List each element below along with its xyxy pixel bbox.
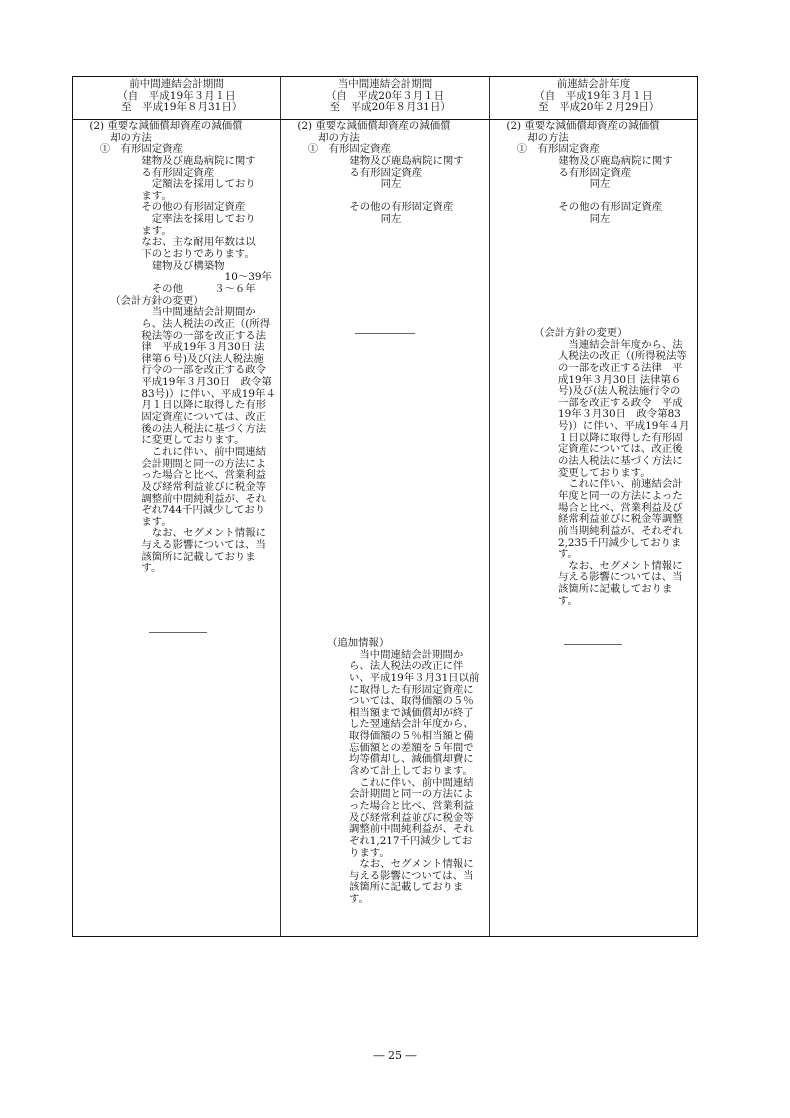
- policy-change-heading: （会計方針の変更）: [490, 328, 697, 340]
- text-line: (2) 重要な減価償却資産の減価償: [490, 121, 697, 133]
- header-title: 前連結会計年度: [490, 79, 697, 91]
- header-title: 前中間連結会計期間: [73, 79, 280, 91]
- text-line: 該箇所に記載しておりま: [490, 584, 697, 596]
- text-line: 同左: [490, 214, 697, 226]
- text-line: 建物及び鹿島病院に関す: [490, 156, 697, 168]
- header-current-interim-period: 当中間連結会計期間 （自 平成20年３月１日 至 平成20年８月31日）: [281, 77, 489, 120]
- header-to-date: 至 平成19年８月31日）: [73, 102, 280, 114]
- text-line: 年度と同一の方法によった: [490, 491, 697, 503]
- text-line: ぞれ1,217千円減少してお: [281, 836, 489, 848]
- text-line: (2) 重要な減価償却資産の減価償: [281, 121, 489, 133]
- text-line: の法人税法に基づく方法に: [490, 456, 697, 468]
- text-line: す。: [490, 596, 697, 608]
- text-line: 2,235千円減少しておりま: [490, 538, 697, 550]
- text-line: の一部を改正する法律 平: [490, 363, 697, 375]
- text-line: 定率法を採用しており: [73, 214, 280, 226]
- text-line: 同左: [490, 179, 697, 191]
- text-line: い、平成19年３月31日以前: [281, 673, 489, 685]
- text-line: った場合と比べ、営業利益: [281, 801, 489, 813]
- policy-change-section: （会計方針の変更） 当連結会計年度から、法人税法の改正（(所得税法等の一部を改正…: [490, 328, 697, 607]
- accounting-policy-table: 前中間連結会計期間 （自 平成19年３月１日 至 平成19年８月31日） 当中間…: [72, 76, 698, 937]
- page-number: ― 25 ―: [0, 1049, 790, 1062]
- text-line: 該箇所に記載しておりま: [281, 882, 489, 894]
- text-line: す。: [73, 563, 280, 575]
- header-title: 当中間連結会計期間: [281, 79, 489, 91]
- text-line: ら、法人税法の改正（(所得: [73, 319, 280, 331]
- column-body-current-interim: (2) 重要な減価償却資産の減価償却の方法① 有形固定資産建物及び鹿島病院に関す…: [281, 121, 489, 226]
- header-prior-fiscal-year: 前連結会計年度 （自 平成19年３月１日 至 平成20年２月29日）: [490, 77, 697, 120]
- column-body-prior-fiscal-year: (2) 重要な減価償却資産の減価償却の方法① 有形固定資産建物及び鹿島病院に関す…: [490, 121, 697, 226]
- text-line: 下のとおりであります。: [73, 249, 280, 261]
- additional-info-heading: （追加情報）: [281, 638, 489, 650]
- text-line: 定額法を採用しており: [73, 179, 280, 191]
- text-line: これに伴い、前中間連結: [73, 447, 280, 459]
- column-body-prior-interim: (2) 重要な減価償却資産の減価償却の方法① 有形固定資産建物及び鹿島病院に関す…: [73, 121, 280, 575]
- separator-line: [149, 632, 207, 633]
- text-line: 与える影響については、当: [73, 540, 280, 552]
- text-line: 前当期純利益が、それぞれ: [490, 526, 697, 538]
- text-line: 同左: [281, 214, 489, 226]
- text-line: 建物及び鹿島病院に関す: [73, 156, 280, 168]
- text-line: 建物及び鹿島病院に関す: [281, 156, 489, 168]
- text-line: その他 ３～６年: [73, 284, 280, 296]
- header-to-date: 至 平成20年８月31日）: [281, 102, 489, 114]
- text-line: 同左: [281, 179, 489, 191]
- header-to-date: 至 平成20年２月29日）: [490, 102, 697, 114]
- text-line: 該箇所に記載しておりま: [73, 552, 280, 564]
- text-line: ぞれ744千円減少しており: [73, 505, 280, 517]
- text-line: 固定資産については、改正: [73, 412, 280, 424]
- additional-info-section: （追加情報） 当中間連結会計期間から、法人税法の改正に伴い、平成19年３月31日…: [281, 638, 489, 906]
- text-line: 及び経常利益並びに税金等: [73, 482, 280, 494]
- text-line: 平成19年３月30日 政令第: [73, 377, 280, 389]
- text-line: す。: [281, 894, 489, 906]
- header-prior-interim-period: 前中間連結会計期間 （自 平成19年３月１日 至 平成19年８月31日）: [73, 77, 280, 120]
- text-line: (2) 重要な減価償却資産の減価償: [73, 121, 280, 133]
- text-line: 含めて計上しております。: [281, 766, 489, 778]
- separator-line: [355, 333, 415, 334]
- separator-line: [564, 644, 622, 645]
